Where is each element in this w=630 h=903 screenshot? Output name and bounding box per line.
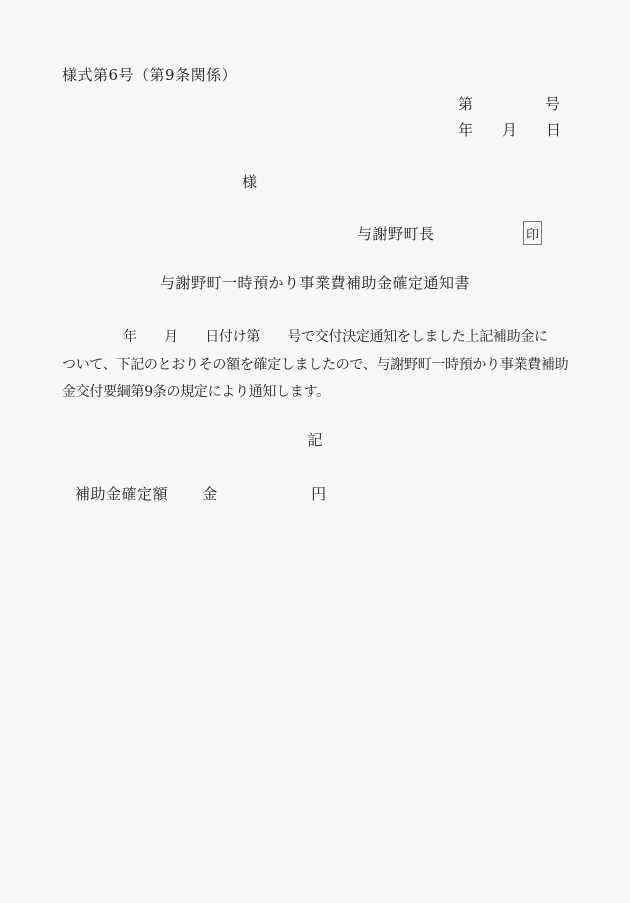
date-day-label: 日 <box>546 119 561 140</box>
doc-number-suffix: 号 <box>545 93 560 114</box>
body-paragraph: 年 月 日付け第 号で交付決定通知をしました上記補助金に ついて、下記のとおりそ… <box>62 324 574 407</box>
seal-label: 印 <box>526 224 539 243</box>
amount-line: 補助金確定額 金 円 <box>75 483 327 504</box>
sender-title: 与謝野町長 <box>357 223 435 244</box>
doc-number-line: 第 号 <box>458 93 560 114</box>
body-line: 年 月 日付け第 号で交付決定通知をしました上記補助金に <box>62 324 574 352</box>
seal-box: 印 <box>523 221 542 245</box>
date-month-label: 月 <box>502 119 517 140</box>
recipient-honorific: 様 <box>242 171 257 192</box>
section-marker: 記 <box>0 429 630 450</box>
document-title: 与謝野町一時預かり事業費補助金確定通知書 <box>0 272 630 293</box>
doc-number-prefix: 第 <box>458 93 473 114</box>
amount-currency-prefix: 金 <box>202 485 218 503</box>
form-number: 様式第6号（第9条関係） <box>62 64 237 85</box>
document-page: 様式第6号（第9条関係） 第 号 年 月 日 様 与謝野町長 印 与謝野町一時預… <box>0 0 630 903</box>
date-year-label: 年 <box>458 119 473 140</box>
amount-unit: 円 <box>311 485 327 503</box>
body-line: 金交付要綱第9条の規定により通知します。 <box>62 379 574 407</box>
body-line: ついて、下記のとおりその額を確定しましたので、与謝野町一時預かり事業費補助 <box>62 352 574 380</box>
amount-label: 補助金確定額 <box>75 485 168 503</box>
date-line: 年 月 日 <box>458 119 561 140</box>
